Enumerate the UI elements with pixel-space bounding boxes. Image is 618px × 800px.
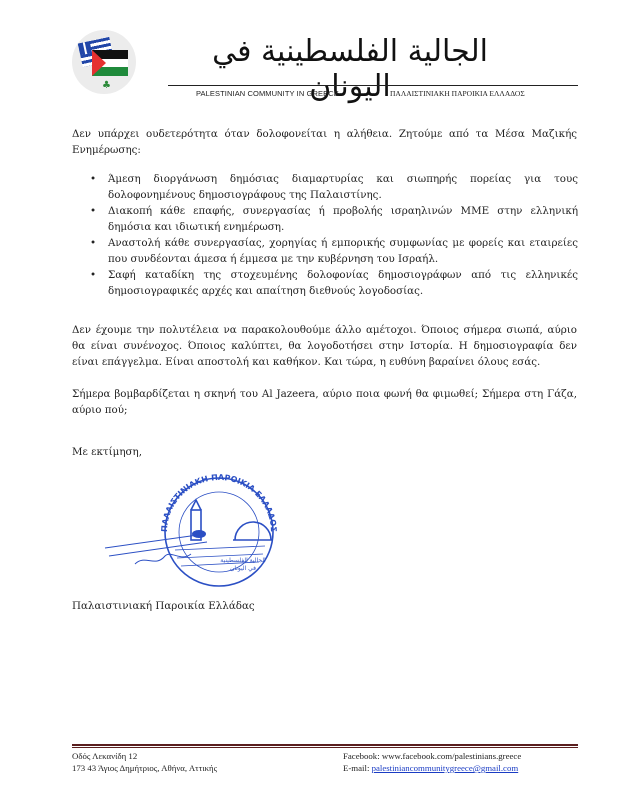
footer-address: Οδός Λεκανίδη 12 173 43 Άγιος Δημήτριος,… — [72, 750, 217, 774]
list-item: Σαφή καταδίκη της στοχευμένης δολοφονίας… — [90, 267, 578, 299]
footer-contacts: Facebook: www.facebook.com/palestinians.… — [343, 750, 521, 774]
email-link[interactable]: palestiniancommunitygreece@gmail.com — [372, 763, 519, 773]
email-line: E-mail: palestiniancommunitygreece@gmail… — [343, 762, 521, 774]
address-line-1: Οδός Λεκανίδη 12 — [72, 750, 217, 762]
palestinian-flag-icon — [92, 50, 128, 76]
footer-divider-thin — [72, 747, 578, 748]
cedar-tree-icon: ♣ — [102, 80, 111, 91]
email-label: E-mail: — [343, 763, 372, 773]
official-stamp-icon: ΠΑΛΑΙΣΤΙΝΙΑΚΗ ΠΑΡΟΙΚΙΑ ΕΛΛΑΔΟΣ الجالية ا… — [95, 470, 295, 590]
demands-list: Άμεση διοργάνωση δημόσιας διαμαρτυρίας κ… — [90, 171, 578, 299]
header-divider — [168, 85, 578, 86]
subtitle-greek: ΠΑΛΑΙΣΤΙΝΙΑΚΗ ΠΑΡΟΙΚΙΑ ΕΛΛΑΔΟΣ — [390, 89, 525, 98]
stamp-inner-text-1: الجالية الفلسطينية — [220, 557, 266, 564]
header-logo: ♣ — [72, 30, 136, 94]
footer-divider — [72, 744, 578, 746]
subtitle-english: PALESTINIAN COMMUNITY IN GREECE — [196, 89, 339, 98]
closing-salutation: Με εκτίμηση, — [72, 444, 577, 460]
subtitle-separator: - — [358, 89, 361, 98]
list-item: Διακοπή κάθε επαφής, συνεργασίας ή προβο… — [90, 203, 578, 235]
paragraph-3: Σήμερα βομβαρδίζεται η σκηνή του Al Jaze… — [72, 386, 577, 418]
paragraph-2: Δεν έχουμε την πολυτέλεια να παρακολουθο… — [72, 322, 577, 370]
signature-name: Παλαιστινιακή Παροικία Ελλάδας — [72, 598, 577, 614]
address-line-2: 173 43 Άγιος Δημήτριος, Αθήνα, Αττικής — [72, 762, 217, 774]
facebook-link[interactable]: Facebook: www.facebook.com/palestinians.… — [343, 750, 521, 762]
intro-paragraph: Δεν υπάρχει ουδετερότητα όταν δολοφονείτ… — [72, 126, 577, 158]
list-item: Αναστολή κάθε συνεργασίας, χορηγίας ή εμ… — [90, 235, 578, 267]
stamp-inner-text-2: في اليونان — [230, 565, 256, 572]
list-item: Άμεση διοργάνωση δημόσιας διαμαρτυρίας κ… — [90, 171, 578, 203]
